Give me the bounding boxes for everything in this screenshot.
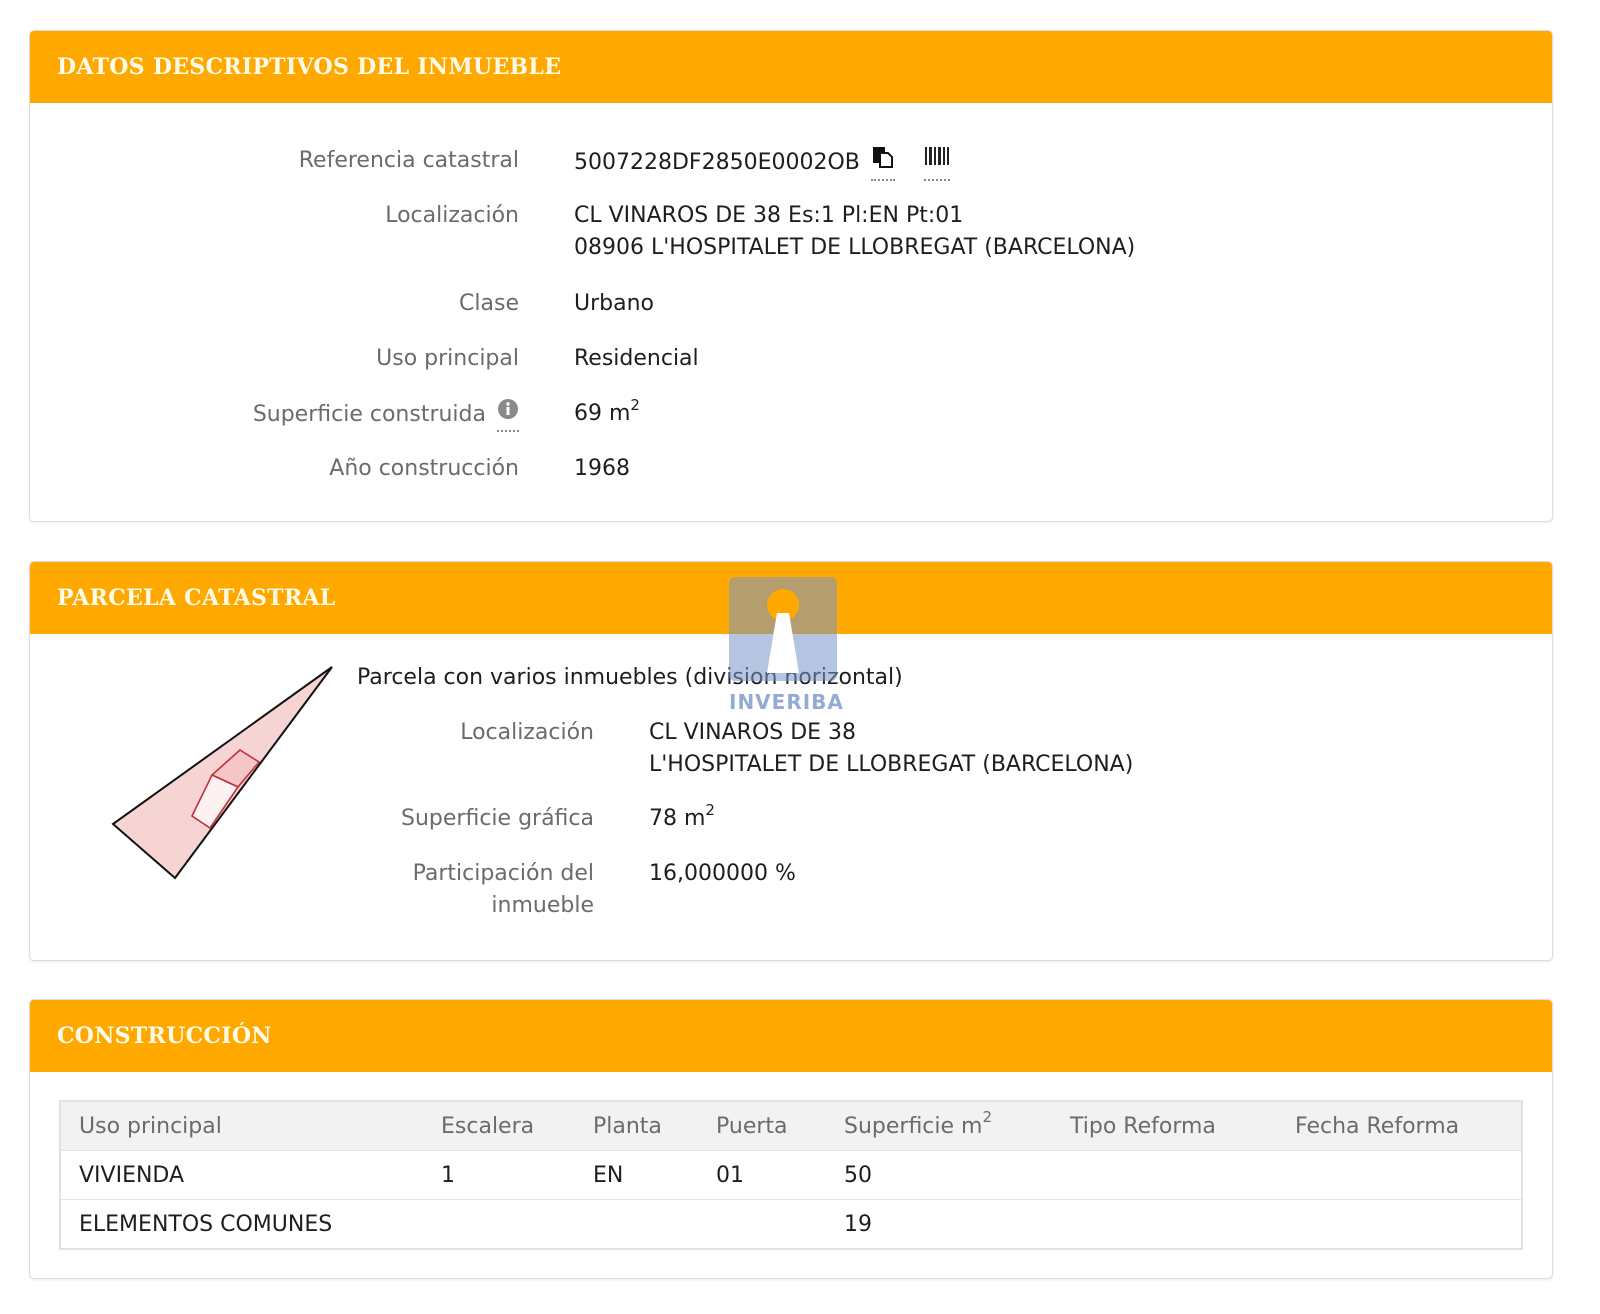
construccion-panel: CONSTRUCCIÓN Uso principal Escalera Plan… bbox=[29, 999, 1553, 1279]
participacion-label-line2: inmueble bbox=[30, 890, 594, 922]
uso-value: Residencial bbox=[574, 343, 699, 375]
table-cell bbox=[1052, 1151, 1277, 1200]
superficie-label-text: Superficie construida bbox=[253, 402, 486, 427]
panel-title: CONSTRUCCIÓN bbox=[57, 1023, 272, 1049]
column-header: Superficie m2 bbox=[826, 1101, 1052, 1151]
localizacion-line1: CL VINAROS DE 38 bbox=[649, 717, 1133, 749]
localizacion-value: CL VINAROS DE 38 Es:1 Pl:EN Pt:01 08906 … bbox=[574, 200, 1135, 264]
barcode-icon[interactable] bbox=[924, 145, 950, 181]
superscript: 2 bbox=[982, 1108, 992, 1126]
uso-label: Uso principal bbox=[30, 343, 519, 375]
localizacion-line2: 08906 L'HOSPITALET DE LLOBREGAT (BARCELO… bbox=[574, 232, 1135, 264]
superficie-number: 78 m bbox=[649, 806, 705, 831]
table-cell: 1 bbox=[423, 1151, 575, 1200]
table-cell: 50 bbox=[826, 1151, 1052, 1200]
column-header: Uso principal bbox=[60, 1101, 423, 1151]
panel-title: PARCELA CATASTRAL bbox=[57, 585, 336, 611]
uso-row: Uso principal Residencial bbox=[30, 343, 519, 375]
table-cell: EN bbox=[575, 1151, 698, 1200]
panel-header: DATOS DESCRIPTIVOS DEL INMUEBLE bbox=[30, 31, 1552, 103]
localizacion-line2: L'HOSPITALET DE LLOBREGAT (BARCELONA) bbox=[649, 749, 1133, 781]
table-cell bbox=[1277, 1200, 1522, 1250]
table-cell: 01 bbox=[698, 1151, 826, 1200]
table-cell bbox=[1277, 1151, 1522, 1200]
superficie-value: 69 m2 bbox=[574, 398, 640, 430]
localizacion-row: Localización CL VINAROS DE 38 Es:1 Pl:EN… bbox=[30, 200, 519, 232]
parcela-localizacion-row: Localización CL VINAROS DE 38 L'HOSPITAL… bbox=[30, 717, 594, 749]
participacion-label: Participación del inmueble bbox=[30, 858, 594, 922]
table-cell bbox=[698, 1200, 826, 1250]
copy-icon[interactable] bbox=[871, 145, 895, 181]
superscript: 2 bbox=[705, 801, 715, 819]
table-cell bbox=[423, 1200, 575, 1250]
table-cell: ELEMENTOS COMUNES bbox=[60, 1200, 423, 1250]
localizacion-label: Localización bbox=[30, 717, 594, 749]
clase-value: Urbano bbox=[574, 288, 654, 320]
referencia-text[interactable]: 5007228DF2850E0002OB bbox=[574, 150, 860, 175]
clase-label: Clase bbox=[30, 288, 519, 320]
table-cell bbox=[1052, 1200, 1277, 1250]
watermark-text: INVERIBA bbox=[729, 690, 841, 714]
datos-descriptivos-panel: DATOS DESCRIPTIVOS DEL INMUEBLE Referenc… bbox=[29, 30, 1553, 522]
localizacion-line1: CL VINAROS DE 38 Es:1 Pl:EN Pt:01 bbox=[574, 200, 1135, 232]
participacion-value: 16,000000 % bbox=[649, 858, 796, 890]
table-cell: 19 bbox=[826, 1200, 1052, 1250]
referencia-row: Referencia catastral 5007228DF2850E0002O… bbox=[30, 145, 519, 177]
table-cell: VIVIENDA bbox=[60, 1151, 423, 1200]
table-row: VIVIENDA 1 EN 01 50 bbox=[60, 1151, 1522, 1200]
column-header: Planta bbox=[575, 1101, 698, 1151]
clase-row: Clase Urbano bbox=[30, 288, 519, 320]
panel-title: DATOS DESCRIPTIVOS DEL INMUEBLE bbox=[57, 54, 561, 80]
superficie-value: 78 m2 bbox=[649, 803, 715, 835]
superficie-number: 69 m bbox=[574, 401, 630, 426]
parcela-superficie-row: Superficie gráfica 78 m2 bbox=[30, 803, 594, 835]
superficie-label: Superficie construida bbox=[30, 398, 519, 432]
anio-value: 1968 bbox=[574, 453, 630, 485]
table-header-row: Uso principal Escalera Planta Puerta Sup… bbox=[60, 1101, 1522, 1151]
construccion-table: Uso principal Escalera Planta Puerta Sup… bbox=[59, 1100, 1523, 1250]
anio-row: Año construcción 1968 bbox=[30, 453, 519, 485]
localizacion-value: CL VINAROS DE 38 L'HOSPITALET DE LLOBREG… bbox=[649, 717, 1133, 781]
column-header: Escalera bbox=[423, 1101, 575, 1151]
info-icon[interactable] bbox=[497, 398, 519, 432]
column-header: Puerta bbox=[698, 1101, 826, 1151]
localizacion-label: Localización bbox=[30, 200, 519, 232]
participacion-row: Participación del inmueble 16,000000 % bbox=[30, 858, 594, 922]
participacion-label-line1: Participación del bbox=[30, 858, 594, 890]
table-row: ELEMENTOS COMUNES 19 bbox=[60, 1200, 1522, 1250]
anio-label: Año construcción bbox=[30, 453, 519, 485]
table-cell bbox=[575, 1200, 698, 1250]
superficie-row: Superficie construida 69 m2 bbox=[30, 398, 519, 432]
keyhole-icon bbox=[729, 577, 837, 681]
referencia-label: Referencia catastral bbox=[30, 145, 519, 177]
panel-header: CONSTRUCCIÓN bbox=[30, 1000, 1552, 1072]
superscript: 2 bbox=[630, 396, 640, 414]
column-header: Fecha Reforma bbox=[1277, 1101, 1522, 1151]
column-header-text: Superficie m bbox=[844, 1114, 982, 1139]
column-header: Tipo Reforma bbox=[1052, 1101, 1277, 1151]
referencia-value: 5007228DF2850E0002OB bbox=[574, 145, 950, 181]
superficie-label: Superficie gráfica bbox=[30, 803, 594, 835]
watermark-logo bbox=[729, 577, 837, 681]
